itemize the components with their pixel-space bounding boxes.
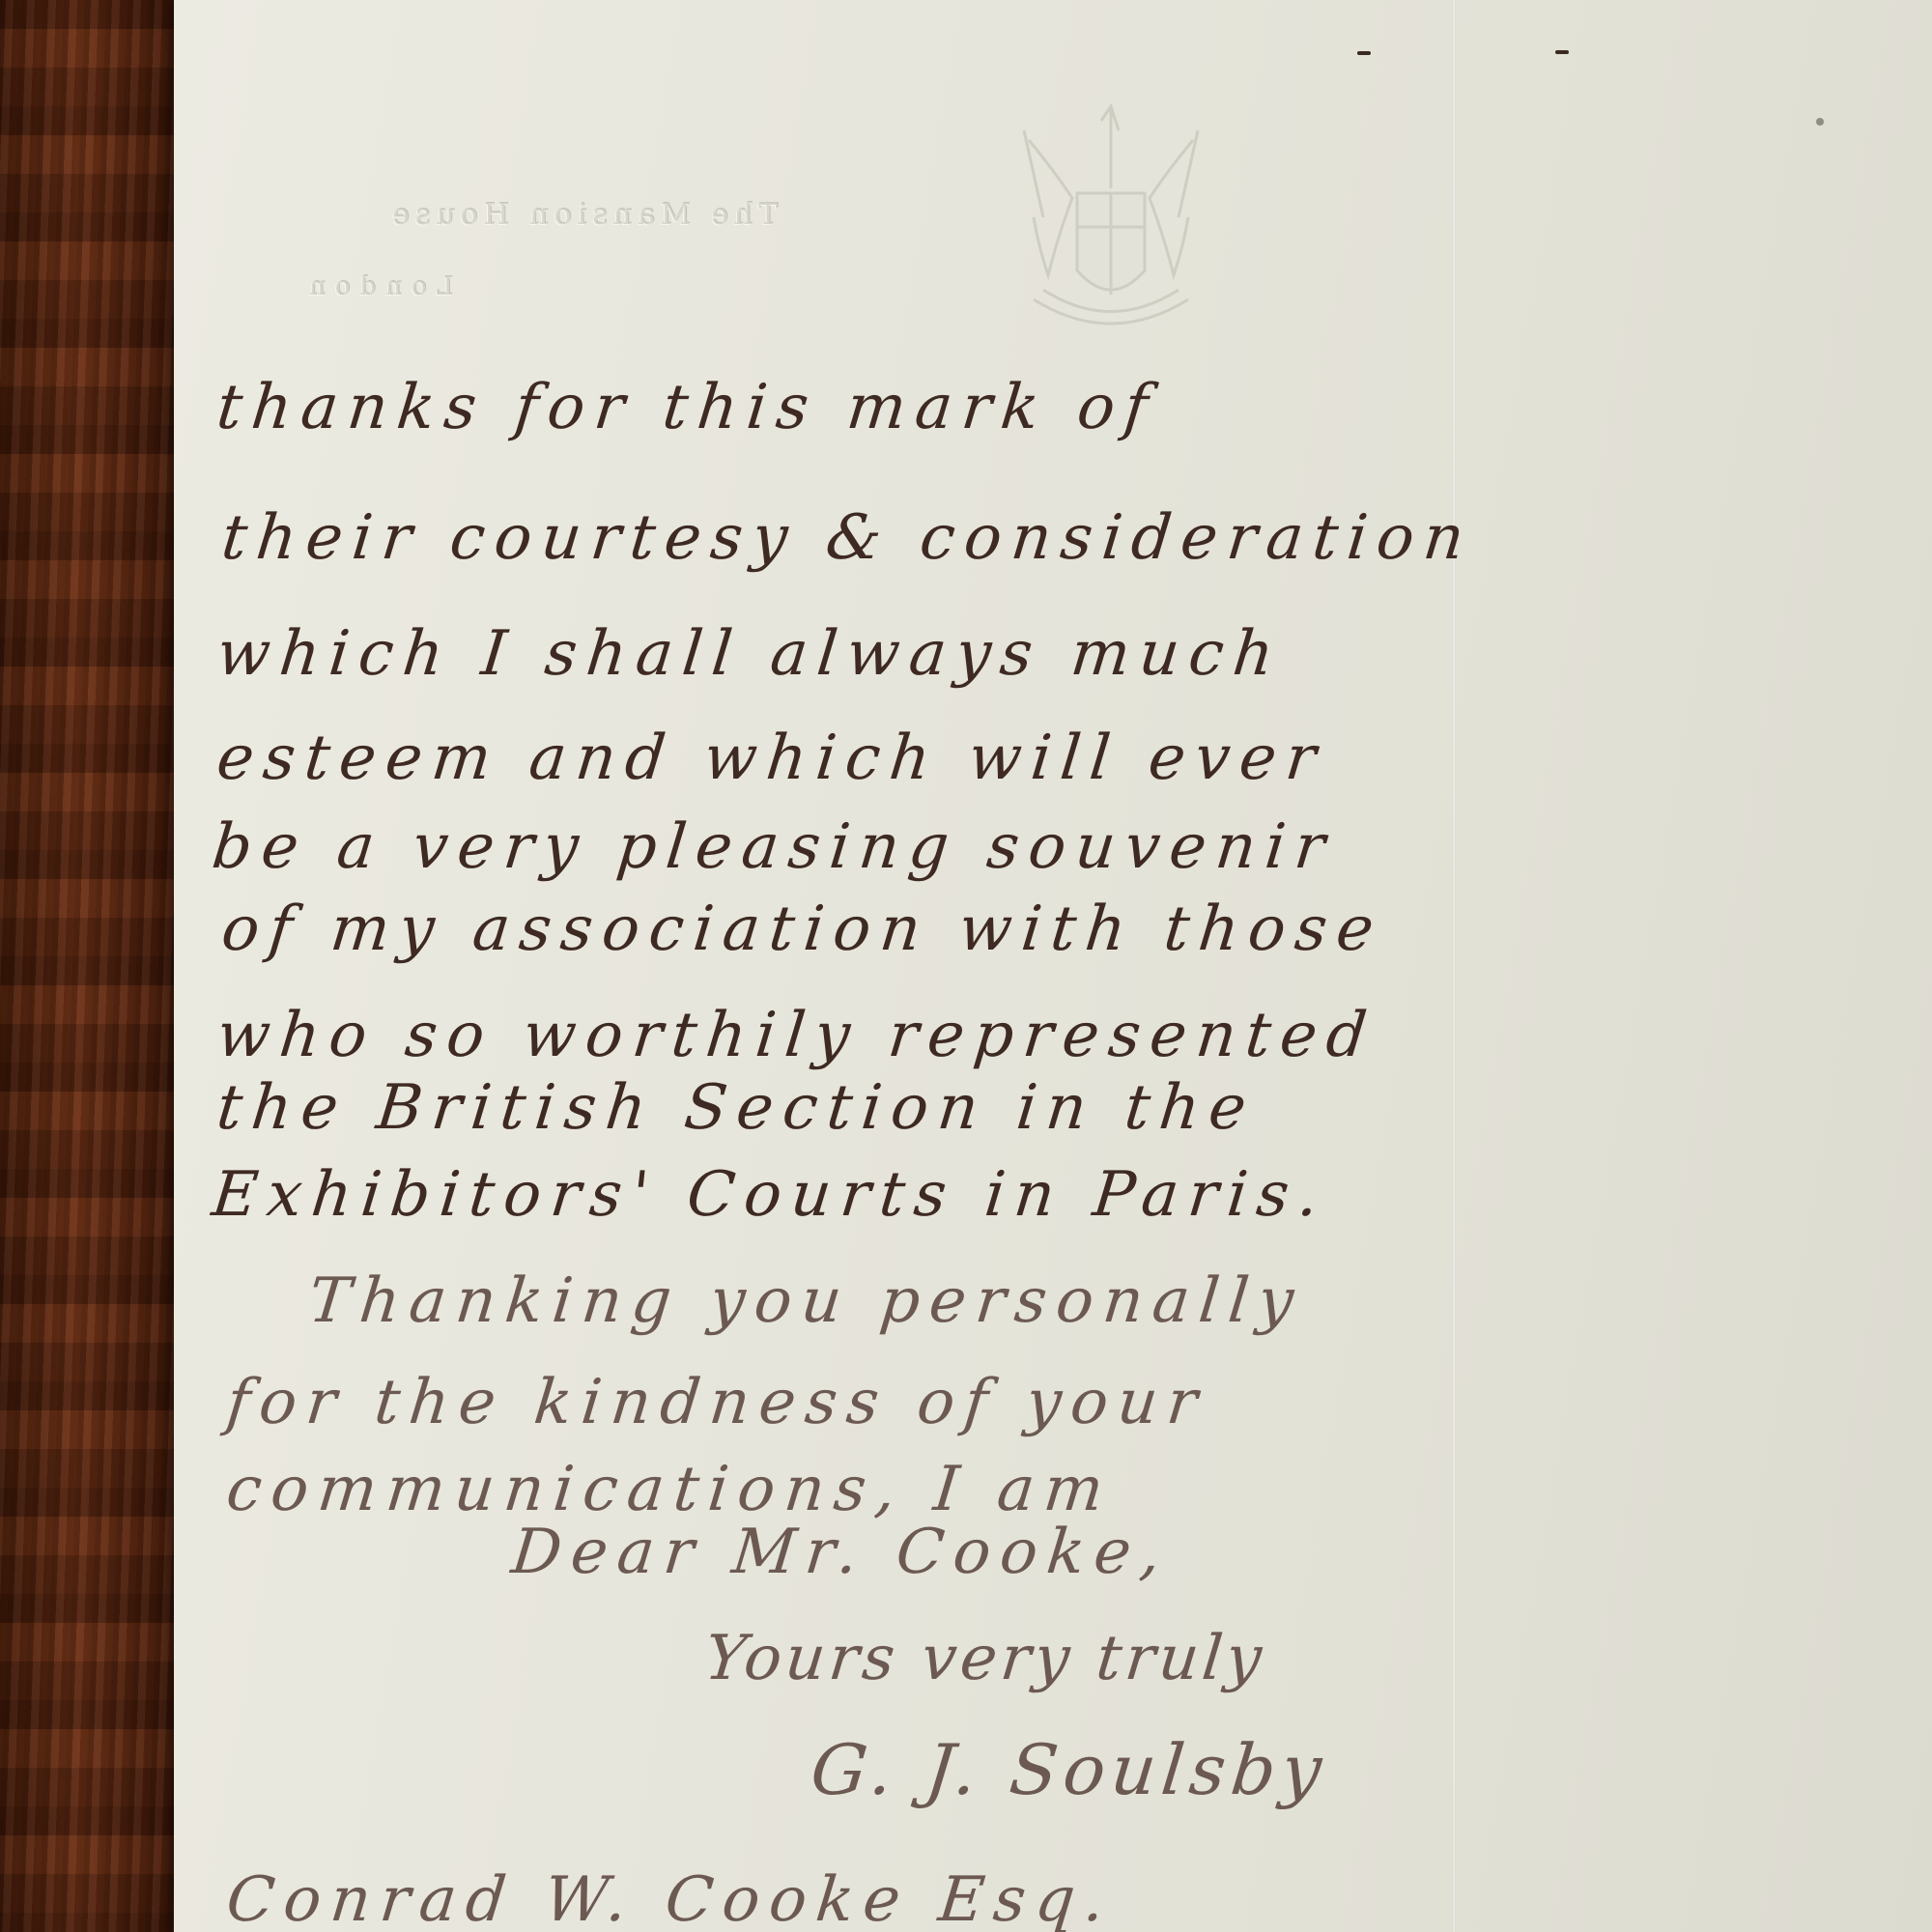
pinhole-mark [1357, 51, 1371, 55]
paper-fold-line [1452, 0, 1456, 1932]
letter-line: the British Section in the [213, 1072, 1259, 1144]
letter-line: who so worthily represented [213, 1000, 1379, 1071]
letter-line: for the kindness of your [223, 1367, 1210, 1438]
letter-line: be a very pleasing souvenir [209, 811, 1338, 883]
salutation: Dear Mr. Cooke, [508, 1517, 1174, 1588]
letter-line: communications, I am [223, 1454, 1116, 1525]
letter-line: their courtesy & consideration [218, 502, 1477, 574]
letter-line: esteem and which will ever [213, 723, 1329, 794]
wooden-table-background [0, 0, 193, 1932]
addressee: Conrad W. Cooke Esq. [223, 1864, 1118, 1932]
letter-line: Exhibitors' Courts in Paris. [209, 1159, 1331, 1231]
letterhead-line-2: London [299, 272, 453, 301]
pinhole-mark [1555, 50, 1569, 54]
letter-line: which I shall always much [213, 618, 1287, 690]
signature: G. J. Soulsby [808, 1729, 1331, 1810]
letter-line: thanks for this mark of [213, 372, 1161, 443]
coat-of-arms-icon [1005, 101, 1217, 338]
letter-sheet: The Mansion House London thanks for this… [174, 0, 1932, 1932]
letter-line: Thanking you personally [305, 1265, 1306, 1337]
closing: Yours very truly [701, 1623, 1268, 1694]
paper-spot [1816, 118, 1824, 126]
letter-line: of my association with those [218, 894, 1386, 965]
letterhead-line-1: The Mansion House [386, 198, 778, 232]
